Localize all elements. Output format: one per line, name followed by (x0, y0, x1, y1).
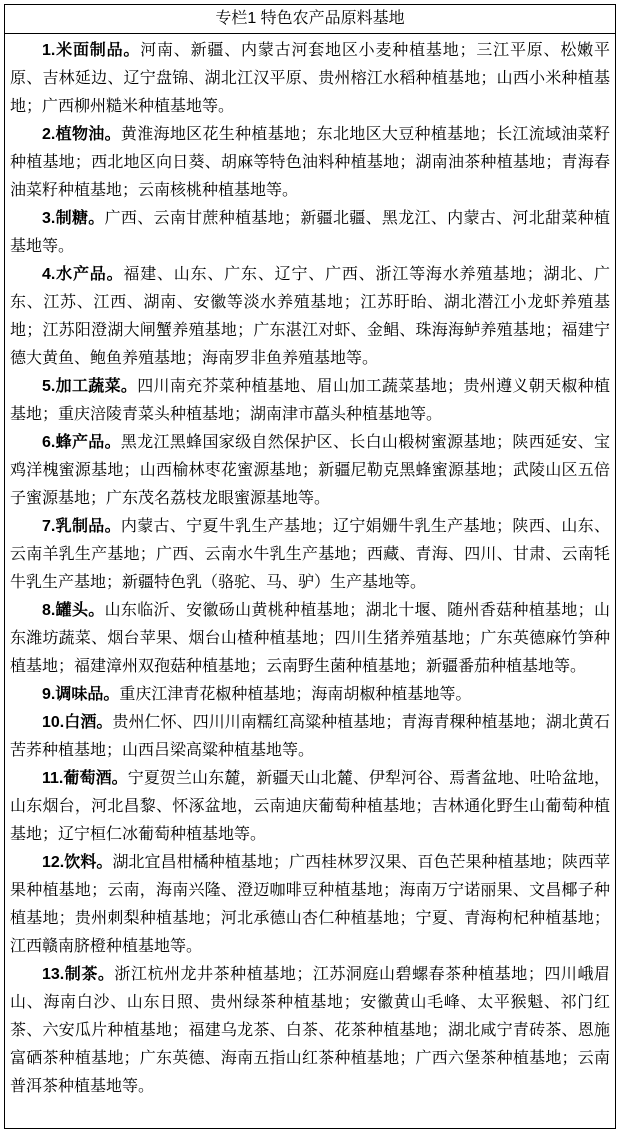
base-item-condiments: 9.调味品。重庆江津青花椒种植基地；海南胡椒种植基地等。 (10, 681, 610, 709)
base-item-bee-products: 6.蜂产品。黑龙江黑蜂国家级自然保护区、长白山椴树蜜源基地；陕西延安、宝鸡洋槐蜜… (10, 429, 610, 513)
item-label: 5.加工蔬菜。 (42, 378, 137, 395)
item-label: 10.白酒。 (42, 714, 112, 731)
base-item-aquatic-products: 4.水产品。福建、山东、广东、辽宁、广西、浙江等海水养殖基地；湖北、广东、江苏、… (10, 261, 610, 373)
base-item-beverages: 12.饮料。湖北宜昌柑橘种植基地；广西桂林罗汉果、百色芒果种植基地；陕西苹果种植… (10, 849, 610, 961)
base-item-baijiu: 10.白酒。贵州仁怀、四川川南糯红高粱种植基地；青海青稞种植基地；湖北黄石苦荞种… (10, 709, 610, 765)
base-item-tea: 13.制茶。浙江杭州龙井茶种植基地；江苏洞庭山碧螺春茶种植基地；四川峨眉山、海南… (10, 961, 610, 1101)
base-item-sugar: 3.制糖。广西、云南甘蔗种植基地；新疆北疆、黑龙江、内蒙古、河北甜菜种植基地等。 (10, 205, 610, 261)
item-label: 9.调味品。 (42, 686, 119, 703)
base-item-processed-vegetables: 5.加工蔬菜。四川南充芥菜种植基地、眉山加工蔬菜基地；贵州遵义朝天椒种植基地；重… (10, 373, 610, 429)
item-label: 8.罐头。 (42, 602, 105, 619)
item-text: 重庆江津青花椒种植基地；海南胡椒种植基地等。 (119, 686, 471, 703)
item-text: 浙江杭州龙井茶种植基地；江苏洞庭山碧螺春茶种植基地；四川峨眉山、海南白沙、山东日… (10, 966, 610, 1095)
item-label: 11.葡萄酒。 (42, 770, 128, 787)
base-item-vegetable-oil: 2.植物油。黄淮海地区花生种植基地；东北地区大豆种植基地；长江流域油菜籽种植基地… (10, 121, 610, 205)
base-item-canned-food: 8.罐头。山东临沂、安徽砀山黄桃种植基地；湖北十堰、随州香菇种植基地；山东潍坊蔬… (10, 597, 610, 681)
base-item-dairy: 7.乳制品。内蒙古、宁夏牛乳生产基地；辽宁娟姗牛乳生产基地；陕西、山东、云南羊乳… (10, 513, 610, 597)
panel-body: 1.米面制品。河南、新疆、内蒙古河套地区小麦种植基地；三江平原、松嫩平原、吉林延… (5, 34, 615, 1101)
item-label: 3.制糖。 (42, 210, 105, 227)
item-label: 4.水产品。 (42, 266, 123, 283)
special-column-box: 专栏1 特色农产品原料基地 1.米面制品。河南、新疆、内蒙古河套地区小麦种植基地… (4, 4, 616, 1129)
panel-title: 专栏1 特色农产品原料基地 (5, 5, 615, 34)
item-label: 2.植物油。 (42, 126, 121, 143)
item-label: 12.饮料。 (42, 854, 112, 871)
base-item-wine: 11.葡萄酒。宁夏贺兰山东麓，新疆天山北麓、伊犁河谷、焉耆盆地、吐哈盆地，山东烟… (10, 765, 610, 849)
base-item-rice-flour: 1.米面制品。河南、新疆、内蒙古河套地区小麦种植基地；三江平原、松嫩平原、吉林延… (10, 37, 610, 121)
item-label: 6.蜂产品。 (42, 434, 121, 451)
item-label: 1.米面制品。 (42, 42, 140, 59)
item-label: 13.制茶。 (42, 966, 114, 983)
document-page: 专栏1 特色农产品原料基地 1.米面制品。河南、新疆、内蒙古河套地区小麦种植基地… (0, 0, 621, 1134)
item-label: 7.乳制品。 (42, 518, 121, 535)
